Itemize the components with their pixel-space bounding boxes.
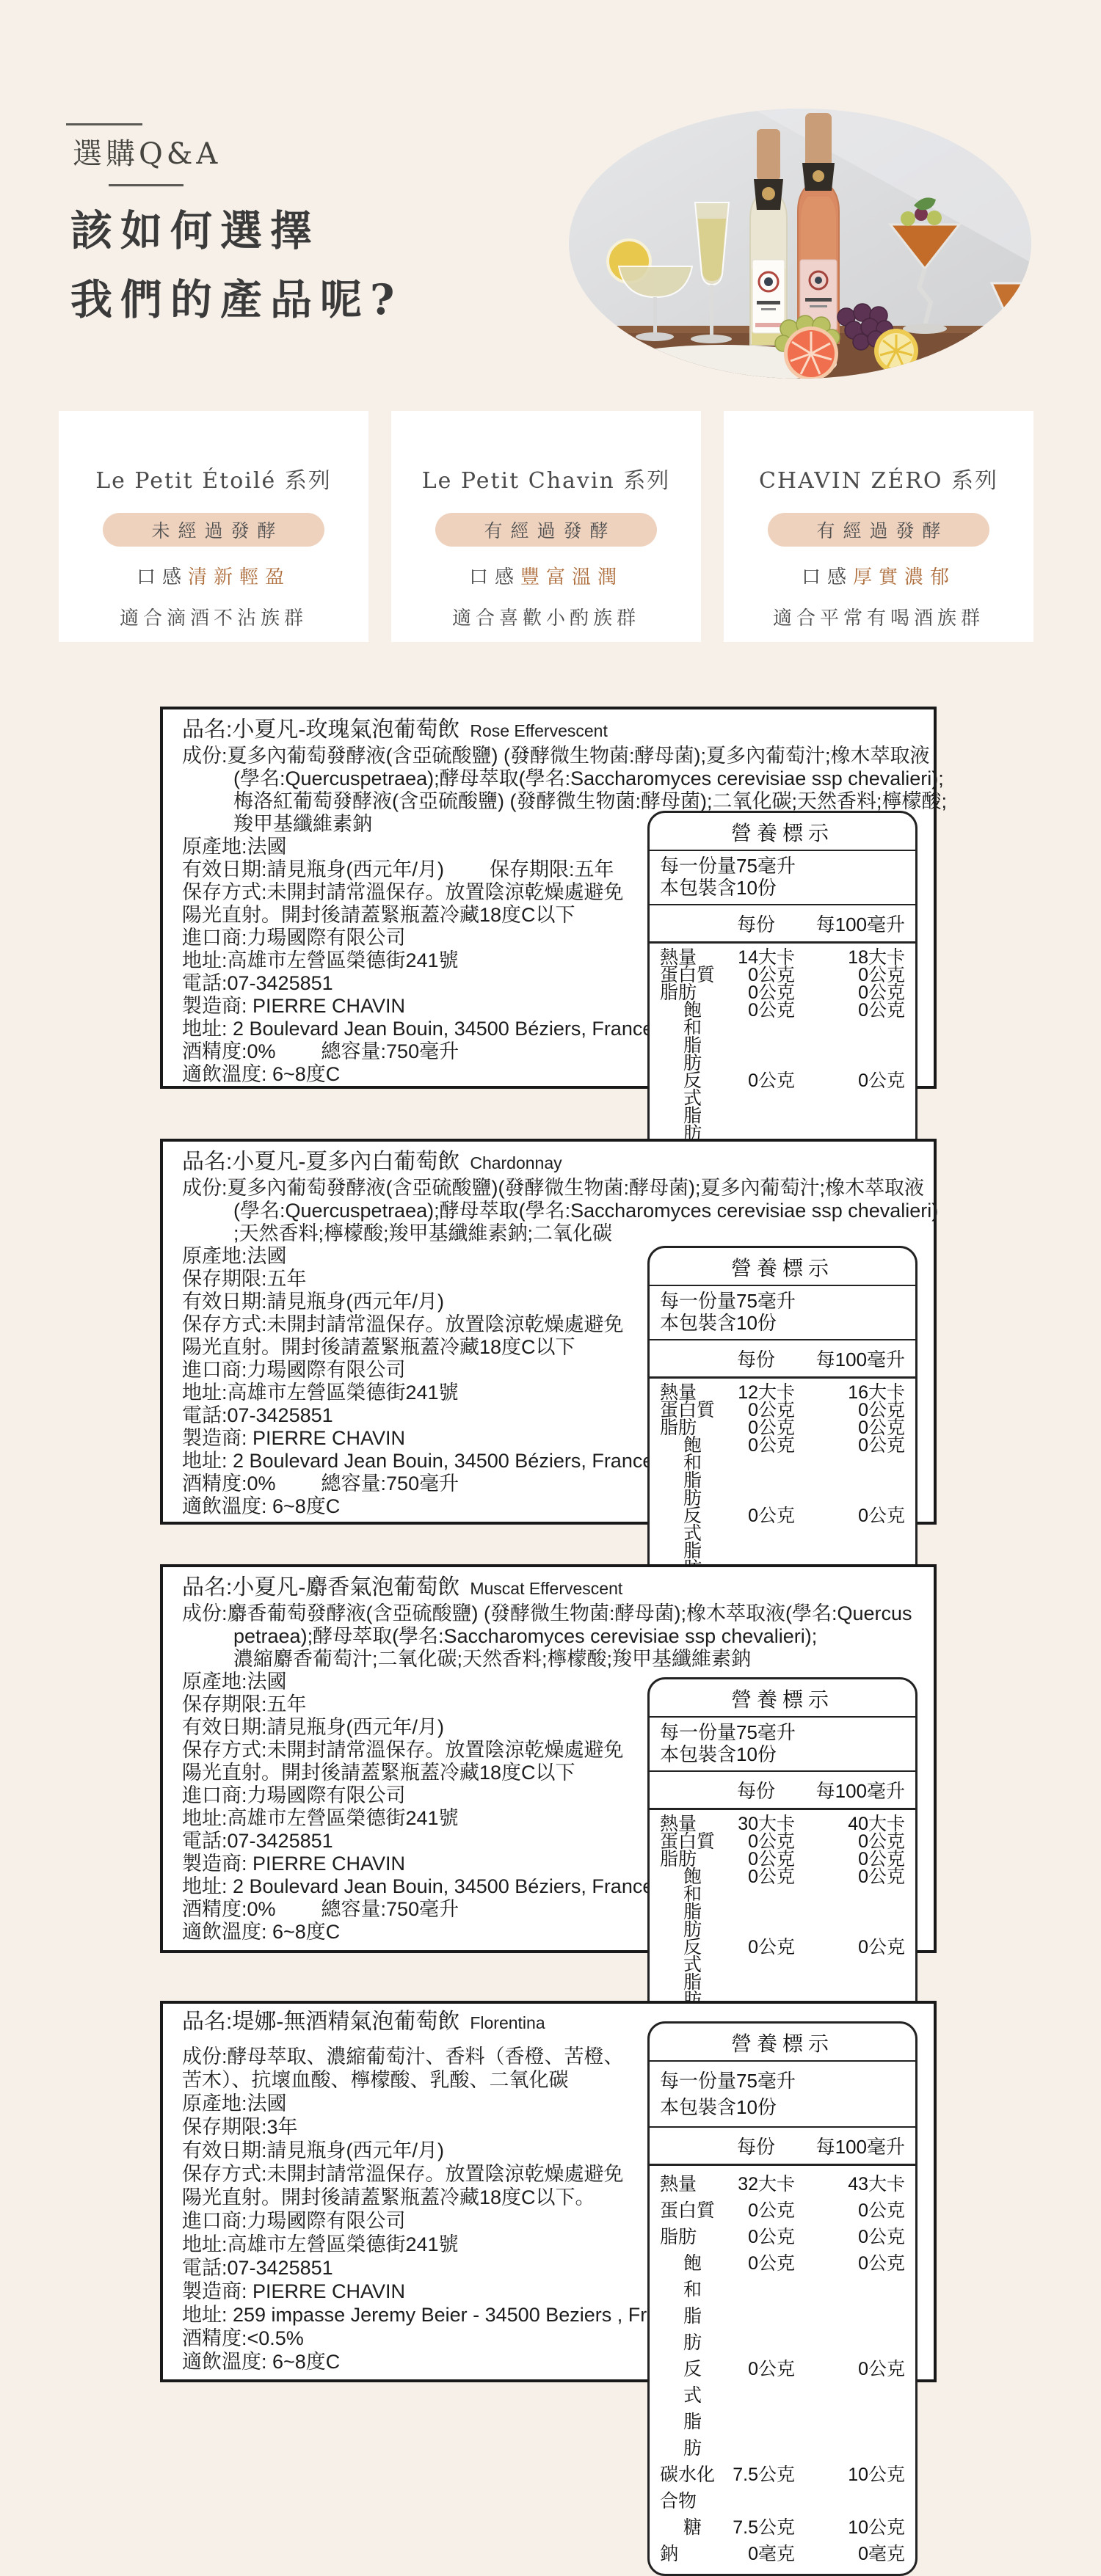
qa-label: 選購Q&A [73, 131, 221, 172]
nutrient-label: 蛋白質 [660, 966, 717, 984]
nutrient-per-serving: 0公克 [717, 2250, 795, 2356]
nutrition-label: 營養標示每一份量75毫升本包裝含10份每份每100毫升熱量32大卡43大卡蛋白質… [647, 2021, 917, 2576]
nutrient-label: 飽和脂肪 [660, 1437, 717, 1507]
detail-part: 酒精度:0% [182, 1473, 276, 1495]
nutrition-title: 營養標示 [650, 1679, 915, 1718]
nutrient-per-serving: 0公克 [717, 966, 795, 984]
nutrient-per-100ml: 0公克 [795, 1419, 905, 1437]
product-name: 品名:小夏凡-麝香氣泡葡萄飲 [182, 1575, 459, 1599]
nutrition-row: 飽和脂肪0公克0公克 [660, 1437, 905, 1507]
nutrient-per-100ml: 0公克 [795, 1850, 905, 1868]
detail-part: 保存期限:五年 [490, 858, 614, 881]
nutrition-row: 蛋白質0公克0公克 [660, 966, 905, 984]
nutrition-row: 碳水化合物7.5公克10公克 [660, 2462, 905, 2514]
nutrient-label: 碳水化合物 [660, 2462, 717, 2514]
nutrition-title: 營養標示 [650, 1248, 915, 1286]
nutrition-column-headers: 每份每100毫升 [650, 1772, 915, 1810]
series-title: Le Petit Étoilé 系列 [95, 462, 332, 495]
nutrition-serving: 每一份量75毫升本包裝含10份 [650, 851, 915, 905]
nutrient-per-100ml: 10公克 [795, 2514, 905, 2541]
nutrient-label: 飽和脂肪 [660, 1001, 717, 1072]
taste-prefix: 口感 [469, 566, 520, 588]
nutrient-per-100ml: 0公克 [795, 2224, 905, 2250]
detail-part: 總容量:750毫升 [321, 1473, 459, 1495]
nutrient-label: 蛋白質 [660, 1833, 717, 1850]
product-box-chardonnay: 品名:小夏凡-夏多內白葡萄飲Chardonnay成份:夏多內葡萄發酵液(含亞硫酸… [160, 1139, 937, 1525]
nutrient-per-serving: 7.5公克 [717, 2514, 795, 2541]
product-name: 品名:小夏凡-夏多內白葡萄飲 [182, 1150, 459, 1174]
nutrient-label: 蛋白質 [660, 2197, 717, 2224]
hero-product-photo [569, 109, 1031, 379]
nutrition-column-headers: 每份每100毫升 [650, 905, 915, 944]
qa-decor-line-bottom [109, 184, 183, 186]
nutrient-label: 脂肪 [660, 1850, 717, 1868]
product-name-latin: Chardonnay [470, 1153, 562, 1172]
nutrient-per-100ml: 0公克 [795, 2250, 905, 2356]
page-title-line1: 該如何選擇 [70, 197, 402, 266]
nutrient-label: 糖 [660, 2514, 717, 2541]
taste-prefix: 口感 [802, 566, 853, 588]
nutrition-row: 飽和脂肪0公克0公克 [660, 1868, 905, 1938]
nutrient-per-serving: 0公克 [717, 1072, 795, 1142]
col-per-serving: 每份 [717, 1345, 795, 1372]
detail-line: (學名:Quercuspetraea);酵母萃取(學名:Saccharomyce… [182, 767, 934, 790]
servings-per-pack: 本包裝含10份 [660, 1312, 905, 1334]
nutrient-per-serving: 0毫克 [717, 2541, 795, 2567]
nutrition-row: 飽和脂肪0公克0公克 [660, 2250, 905, 2356]
product-box-muscat-effervescent: 品名:小夏凡-麝香氣泡葡萄飲Muscat Effervescent成份:麝香葡萄… [160, 1564, 937, 1953]
nutrient-per-100ml: 0毫克 [795, 2541, 905, 2567]
nutrient-per-100ml: 0公克 [795, 1401, 905, 1419]
detail-part: 總容量:750毫升 [321, 1898, 459, 1921]
detail-line: petraea);酵母萃取(學名:Saccharomyces cerevisia… [182, 1625, 934, 1648]
serving-size: 每一份量75毫升 [660, 2068, 905, 2094]
col-per-serving: 每份 [717, 1776, 795, 1803]
nutrition-row: 脂肪0公克0公克 [660, 1850, 905, 1868]
nutrition-row: 脂肪0公克0公克 [660, 984, 905, 1001]
product-name-line: 品名:小夏凡-麝香氣泡葡萄飲Muscat Effervescent [182, 1574, 934, 1602]
taste-prefix: 口感 [137, 566, 188, 588]
detail-line: 成份:夏多內葡萄發酵液(含亞硫酸鹽) (發酵微生物菌:酵母菌);夏多內葡萄汁;橡… [182, 745, 934, 767]
nutrition-row: 熱量30大卡40大卡 [660, 1815, 905, 1833]
nutrient-label: 鈉 [660, 2541, 717, 2567]
product-name: 品名:堤娜-無酒精氣泡葡萄飲 [182, 2010, 459, 2034]
audience-line: 適合平常有喝酒族群 [773, 603, 984, 630]
nutrient-per-100ml: 0公克 [795, 1437, 905, 1507]
detail-line: 濃縮麝香葡萄汁;二氧化碳;天然香料;檸檬酸;羧甲基纖維素鈉 [182, 1648, 934, 1671]
fermentation-badge: 有經過發酵 [435, 513, 657, 547]
nutrient-label: 飽和脂肪 [660, 1868, 717, 1938]
nutrient-per-serving: 0公克 [717, 2197, 795, 2224]
col-per-serving: 每份 [717, 2132, 795, 2159]
nutrient-per-serving: 0公克 [717, 1437, 795, 1507]
nutrition-row: 反式脂肪0公克0公克 [660, 2356, 905, 2462]
nutrient-per-100ml: 0公克 [795, 1938, 905, 2009]
nutrient-per-serving: 0公克 [717, 1401, 795, 1419]
detail-line: (學名:Quercuspetraea);酵母萃取(學名:Saccharomyce… [182, 1200, 934, 1222]
product-name-latin: Florentina [470, 2013, 545, 2032]
nutrition-row: 熱量32大卡43大卡 [660, 2171, 905, 2197]
nutrient-label: 反式脂肪 [660, 1938, 717, 2009]
page-title: 該如何選擇 我們的產品呢? [70, 197, 402, 335]
taste-highlight: 清新輕盈 [188, 566, 291, 588]
nutrient-per-serving: 0公克 [717, 1833, 795, 1850]
serving-size: 每一份量75毫升 [660, 1290, 905, 1312]
nutrient-per-100ml: 0公克 [795, 966, 905, 984]
product-name-line: 品名:小夏凡-玫瑰氣泡葡萄飲Rose Effervescent [182, 716, 934, 745]
taste-highlight: 豐富溫潤 [520, 566, 623, 588]
nutrient-label: 熱量 [660, 2171, 717, 2197]
nutrient-label: 熱量 [660, 1815, 717, 1833]
nutrient-per-serving: 32大卡 [717, 2171, 795, 2197]
detail-line: ;天然香料;檸檬酸;羧甲基纖維素鈉;二氧化碳 [182, 1222, 934, 1245]
wine-bottles-illustration [569, 109, 1031, 379]
nutrition-row: 脂肪0公克0公克 [660, 2224, 905, 2250]
nutrition-row: 蛋白質0公克0公克 [660, 2197, 905, 2224]
nutrient-per-100ml: 0公克 [795, 1001, 905, 1072]
nutrition-serving: 每一份量75毫升本包裝含10份 [650, 1286, 915, 1340]
nutrient-per-serving: 0公克 [717, 2356, 795, 2462]
nutrition-column-headers: 每份每100毫升 [650, 2128, 915, 2166]
nutrient-per-serving: 0公克 [717, 1001, 795, 1072]
col-per-100ml: 每100毫升 [795, 2132, 905, 2159]
nutrient-per-100ml: 18大卡 [795, 949, 905, 966]
detail-line: 成份:麝香葡萄發酵液(含亞硫酸鹽) (發酵微生物菌:酵母菌);橡木萃取液(學名:… [182, 1602, 934, 1625]
nutrient-per-serving: 0公克 [717, 1938, 795, 2009]
nutrient-label: 脂肪 [660, 984, 717, 1001]
nutrient-per-serving: 0公克 [717, 984, 795, 1001]
product-box-florentina: 品名:堤娜-無酒精氣泡葡萄飲Florentina成份:酵母萃取、濃縮葡萄汁、香料… [160, 2001, 937, 2382]
detail-part: 酒精度:0% [182, 1898, 276, 1921]
qa-decor-line-top [66, 123, 142, 125]
nutrient-per-100ml: 40大卡 [795, 1815, 905, 1833]
nutrition-rows: 熱量32大卡43大卡蛋白質0公克0公克脂肪0公克0公克飽和脂肪0公克0公克反式脂… [650, 2166, 915, 2574]
nutrient-label: 反式脂肪 [660, 2356, 717, 2462]
nutrient-per-100ml: 0公克 [795, 984, 905, 1001]
servings-per-pack: 本包裝含10份 [660, 2094, 905, 2120]
nutrient-label: 脂肪 [660, 2224, 717, 2250]
col-per-100ml: 每100毫升 [795, 1345, 905, 1372]
taste-line: 口感厚實濃郁 [802, 562, 956, 589]
product-name-latin: Muscat Effervescent [470, 1579, 622, 1598]
series-card-le-petit-etoile: Le Petit Étoilé 系列 未經過發酵 口感清新輕盈 適合滴酒不沾族群 [59, 411, 368, 642]
audience-line: 適合滴酒不沾族群 [120, 603, 308, 630]
lemon-half-icon [874, 329, 918, 373]
nutrition-row: 脂肪0公克0公克 [660, 1419, 905, 1437]
taste-line: 口感豐富溫潤 [469, 562, 623, 589]
nutrition-row: 飽和脂肪0公克0公克 [660, 1001, 905, 1072]
nutrient-per-serving: 12大卡 [717, 1384, 795, 1401]
nutrition-row: 鈉0毫克0毫克 [660, 2541, 905, 2567]
nutrient-per-serving: 0公克 [717, 1419, 795, 1437]
nutrient-per-serving: 0公克 [717, 1868, 795, 1938]
nutrient-per-serving: 0公克 [717, 2224, 795, 2250]
serving-size: 每一份量75毫升 [660, 1721, 905, 1743]
nutrition-column-headers: 每份每100毫升 [650, 1340, 915, 1379]
product-name-line: 品名:小夏凡-夏多內白葡萄飲Chardonnay [182, 1148, 934, 1177]
nutrient-label: 熱量 [660, 949, 717, 966]
product-box-rose-effervescent: 品名:小夏凡-玫瑰氣泡葡萄飲Rose Effervescent成份:夏多內葡萄發… [160, 707, 937, 1089]
nutrient-label: 蛋白質 [660, 1401, 717, 1419]
fermentation-badge: 未經過發酵 [103, 513, 324, 547]
nutrition-row: 反式脂肪0公克0公克 [660, 1938, 905, 2009]
nutrition-row: 糖7.5公克10公克 [660, 2514, 905, 2541]
servings-per-pack: 本包裝含10份 [660, 877, 905, 899]
nutrient-per-100ml: 16大卡 [795, 1384, 905, 1401]
nutrient-per-100ml: 0公克 [795, 1868, 905, 1938]
series-title: Le Petit Chavin 系列 [422, 462, 671, 495]
nutrient-label: 熱量 [660, 1384, 717, 1401]
series-card-le-petit-chavin: Le Petit Chavin 系列 有經過發酵 口感豐富溫潤 適合喜歡小酌族群 [391, 411, 701, 642]
nutrient-per-100ml: 0公克 [795, 2356, 905, 2462]
detail-part: 有效日期:請見瓶身(西元年/月) [182, 858, 444, 881]
nutrition-title: 營養標示 [650, 2024, 915, 2062]
nutrition-serving: 每一份量75毫升本包裝含10份 [650, 1718, 915, 1772]
nutrition-row: 蛋白質0公克0公克 [660, 1401, 905, 1419]
nutrition-serving: 每一份量75毫升本包裝含10份 [650, 2062, 915, 2128]
series-title: CHAVIN ZÉRO 系列 [759, 462, 998, 495]
col-per-serving: 每份 [717, 910, 795, 937]
nutrient-label: 反式脂肪 [660, 1072, 717, 1142]
col-per-100ml: 每100毫升 [795, 910, 905, 937]
nutrition-row: 熱量14大卡18大卡 [660, 949, 905, 966]
nutrient-label: 飽和脂肪 [660, 2250, 717, 2356]
nutrient-label: 脂肪 [660, 1419, 717, 1437]
detail-line: 成份:夏多內葡萄發酵液(含亞硫酸鹽)(發酵微生物菌:酵母菌);夏多內葡萄汁;橡木… [182, 1177, 934, 1200]
nutrition-row: 反式脂肪0公克0公克 [660, 1072, 905, 1142]
nutrient-per-100ml: 0公克 [795, 1833, 905, 1850]
audience-line: 適合喜歡小酌族群 [452, 603, 640, 630]
nutrient-per-serving: 0公克 [717, 1850, 795, 1868]
product-name: 品名:小夏凡-玫瑰氣泡葡萄飲 [182, 718, 459, 742]
nutrient-per-100ml: 0公克 [795, 1072, 905, 1142]
serving-size: 每一份量75毫升 [660, 855, 905, 877]
detail-part: 總容量:750毫升 [321, 1040, 459, 1063]
fermentation-badge: 有經過發酵 [768, 513, 989, 547]
page-title-line2: 我們的產品呢? [70, 266, 402, 335]
col-per-100ml: 每100毫升 [795, 1776, 905, 1803]
nutrition-row: 熱量12大卡16大卡 [660, 1384, 905, 1401]
nutrient-per-100ml: 0公克 [795, 2197, 905, 2224]
series-card-chavin-zero: CHAVIN ZÉRO 系列 有經過發酵 口感厚實濃郁 適合平常有喝酒族群 [724, 411, 1033, 642]
nutrition-title: 營養標示 [650, 813, 915, 851]
nutrition-row: 蛋白質0公克0公克 [660, 1833, 905, 1850]
nutrient-per-100ml: 43大卡 [795, 2171, 905, 2197]
nutrient-per-serving: 14大卡 [717, 949, 795, 966]
servings-per-pack: 本包裝含10份 [660, 1743, 905, 1765]
detail-part: 酒精度:0% [182, 1040, 276, 1063]
grapefruit-half-icon [784, 326, 838, 379]
nutrient-per-serving: 30大卡 [717, 1815, 795, 1833]
product-name-latin: Rose Effervescent [470, 721, 608, 740]
nutrient-per-100ml: 10公克 [795, 2462, 905, 2514]
detail-line: 梅洛紅葡萄發酵液(含亞硫酸鹽) (發酵微生物菌:酵母菌);二氧化碳;天然香料;檸… [182, 790, 934, 813]
taste-highlight: 厚實濃郁 [853, 566, 956, 588]
nutrient-per-serving: 7.5公克 [717, 2462, 795, 2514]
taste-line: 口感清新輕盈 [137, 562, 291, 589]
